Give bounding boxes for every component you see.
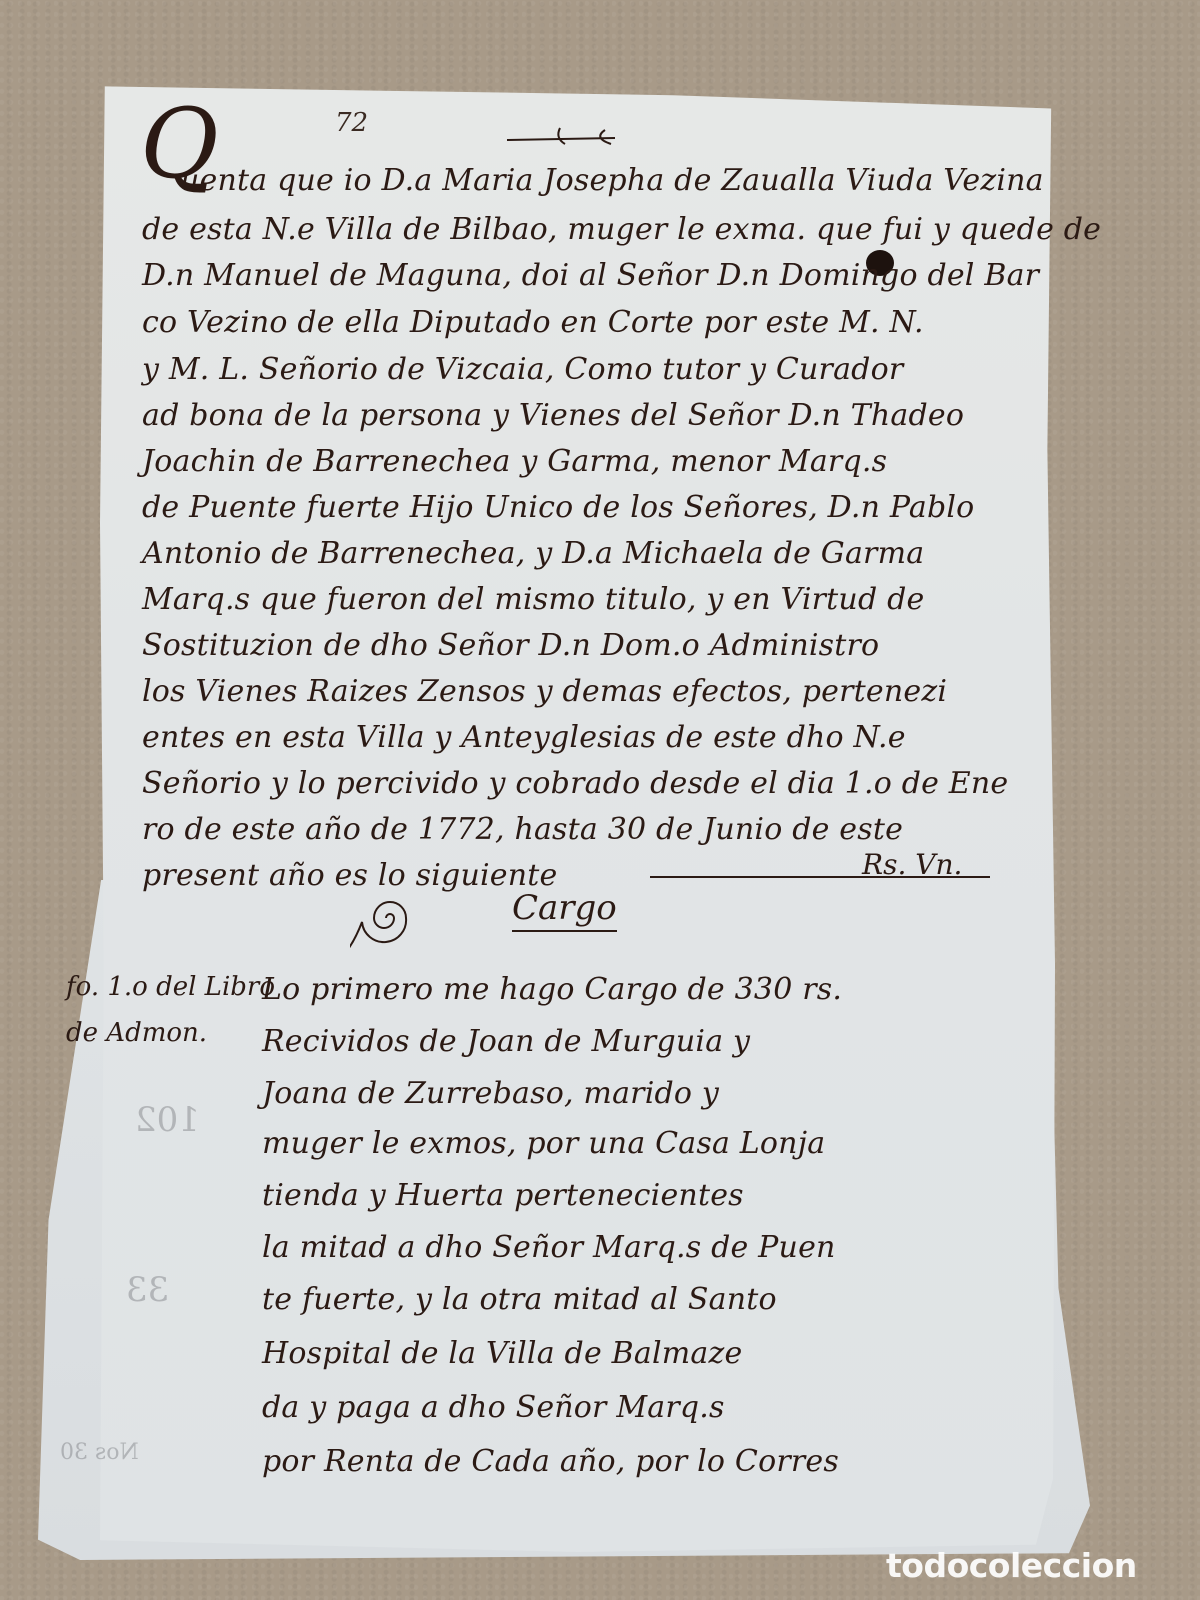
text-line: la mitad a dho Señor Marq.s de Puen — [262, 1230, 836, 1265]
text-line: Sostituzion de dho Señor D.n Dom.o Admin… — [142, 628, 879, 663]
text-line: muger le exmos, por una Casa Lonja — [262, 1126, 825, 1161]
header-mark-icon — [505, 124, 625, 148]
text-line: ad bona de la persona y Vienes del Señor… — [142, 398, 964, 433]
margin-note: fo. 1.o del Libro — [66, 972, 275, 1002]
section-heading-cargo: Cargo — [512, 888, 617, 932]
text-line: los Vienes Raizes Zensos y demas efectos… — [142, 674, 947, 709]
text-line: Recividos de Joan de Murguia y — [262, 1024, 750, 1059]
text-line: te fuerte, y la otra mitad al Santo — [262, 1282, 777, 1317]
text-line: Joachin de Barrenechea y Garma, menor Ma… — [142, 444, 887, 479]
text-line: uenta que io D.a Maria Josepha de Zauall… — [180, 163, 1044, 198]
flourish-icon — [350, 888, 430, 948]
text-line: de esta N.e Villa de Bilbao, muger le ex… — [142, 212, 1101, 247]
text-line: tienda y Huerta pertenecientes — [262, 1178, 744, 1213]
folio-number: 72 — [335, 108, 368, 138]
margin-note: de Admon. — [66, 1018, 207, 1048]
text-line: de Puente fuerte Hijo Unico de los Señor… — [142, 490, 974, 525]
text-line: da y paga a dho Señor Marq.s — [262, 1390, 725, 1425]
bleed-through-mark: Nos 30 — [60, 1440, 139, 1465]
text-line: Marq.s que fueron del mismo titulo, y en… — [142, 582, 924, 617]
text-line: Joana de Zurrebaso, marido y — [262, 1076, 719, 1111]
text-line: por Renta de Cada año, por lo Corres — [262, 1444, 839, 1479]
text-line: Antonio de Barrenechea, y D.a Michaela d… — [142, 536, 924, 571]
text-line: Señorio y lo percivido y cobrado desde e… — [142, 766, 1008, 801]
text-line: ro de este año de 1772, hasta 30 de Juni… — [142, 812, 903, 847]
watermark-logo: todocoleccion — [886, 1546, 1137, 1585]
text-line: Hospital de la Villa de Balmaze — [262, 1336, 742, 1371]
text-line: y M. L. Señorio de Vizcaia, Como tutor y… — [142, 352, 903, 387]
bleed-through-mark: 33 — [126, 1270, 169, 1310]
text-line: co Vezino de ella Diputado en Corte por … — [142, 305, 924, 340]
currency-units-label: Rs. Vn. — [862, 848, 962, 881]
text-line: Lo primero me hago Cargo de 330 rs. — [262, 972, 842, 1007]
text-line: entes en esta Villa y Anteyglesias de es… — [142, 720, 906, 755]
bleed-through-mark: 102 — [135, 1100, 200, 1140]
text-line: D.n Manuel de Maguna, doi al Señor D.n D… — [142, 258, 1039, 293]
